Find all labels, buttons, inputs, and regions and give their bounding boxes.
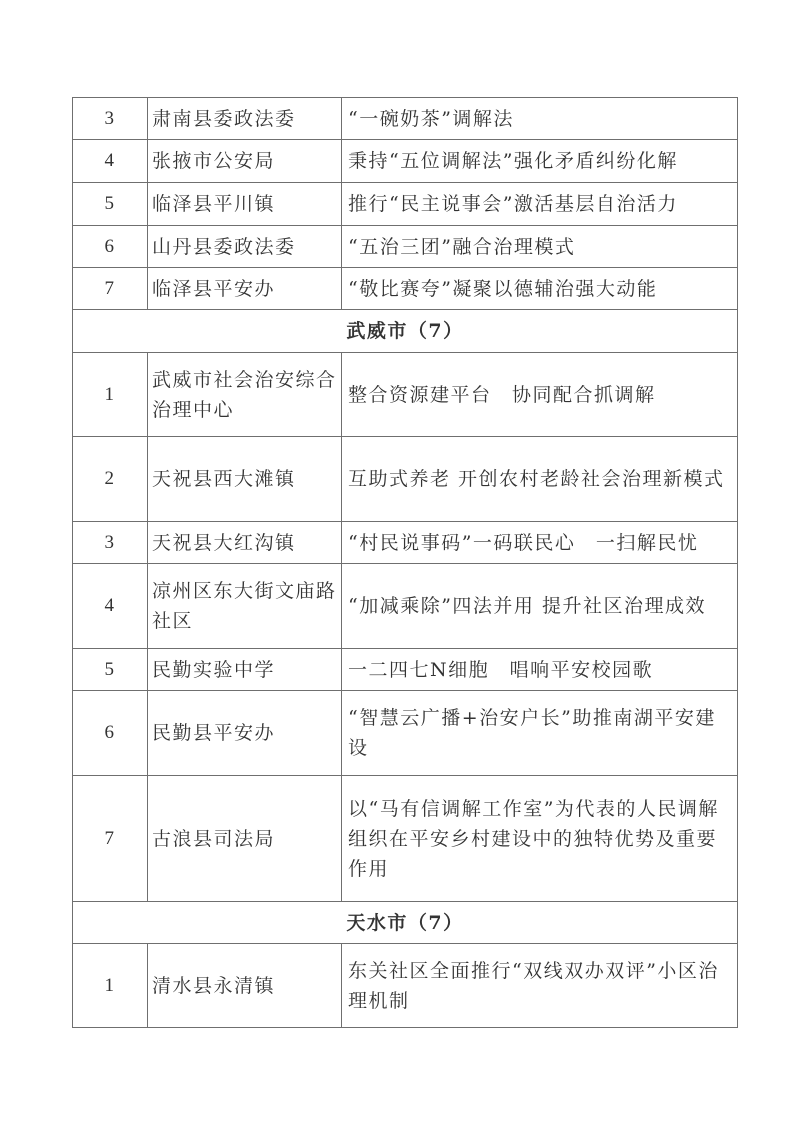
row-number: 3 bbox=[73, 98, 148, 140]
table-row: 4 张掖市公安局 秉持“五位调解法”强化矛盾纠纷化解 bbox=[73, 140, 738, 183]
row-number: 5 bbox=[73, 649, 148, 691]
row-number: 1 bbox=[73, 353, 148, 437]
section-heading-row: 天水市（7） bbox=[73, 902, 738, 944]
case-title: 秉持“五位调解法”强化矛盾纠纷化解 bbox=[342, 140, 738, 183]
unit-name: 张掖市公安局 bbox=[148, 140, 342, 183]
case-title: 互助式养老 开创农村老龄社会治理新模式 bbox=[342, 437, 738, 522]
table-row: 6 民勤县平安办 “智慧云广播+治安户长”助推南湖平安建设 bbox=[73, 691, 738, 776]
case-title: 以“马有信调解工作室”为代表的人民调解组织在平安乡村建设中的独特优势及重要作用 bbox=[342, 776, 738, 902]
case-title: 东关社区全面推行“双线双办双评”小区治理机制 bbox=[342, 944, 738, 1028]
case-title: “一碗奶茶”调解法 bbox=[342, 98, 738, 140]
table-row: 7 古浪县司法局 以“马有信调解工作室”为代表的人民调解组织在平安乡村建设中的独… bbox=[73, 776, 738, 902]
row-number: 4 bbox=[73, 564, 148, 649]
award-list-table: 3 肃南县委政法委 “一碗奶茶”调解法 4 张掖市公安局 秉持“五位调解法”强化… bbox=[72, 97, 738, 1028]
case-title: “村民说事码”一码联民心 一扫解民忧 bbox=[342, 522, 738, 564]
row-number: 1 bbox=[73, 944, 148, 1028]
table-row: 1 清水县永清镇 东关社区全面推行“双线双办双评”小区治理机制 bbox=[73, 944, 738, 1028]
row-number: 4 bbox=[73, 140, 148, 183]
section-heading-row: 武威市（7） bbox=[73, 310, 738, 353]
unit-name: 山丹县委政法委 bbox=[148, 226, 342, 268]
case-title: 推行“民主说事会”激活基层自治活力 bbox=[342, 183, 738, 226]
unit-name: 天祝县西大滩镇 bbox=[148, 437, 342, 522]
row-number: 6 bbox=[73, 226, 148, 268]
table-row: 4 凉州区东大街文庙路社区 “加减乘除”四法并用 提升社区治理成效 bbox=[73, 564, 738, 649]
unit-name: 凉州区东大街文庙路社区 bbox=[148, 564, 342, 649]
unit-name: 肃南县委政法委 bbox=[148, 98, 342, 140]
unit-name: 古浪县司法局 bbox=[148, 776, 342, 902]
section-heading: 武威市（7） bbox=[73, 310, 738, 353]
table-row: 6 山丹县委政法委 “五治三团”融合治理模式 bbox=[73, 226, 738, 268]
unit-name: 清水县永清镇 bbox=[148, 944, 342, 1028]
row-number: 5 bbox=[73, 183, 148, 226]
unit-name: 民勤实验中学 bbox=[148, 649, 342, 691]
table-row: 5 临泽县平川镇 推行“民主说事会”激活基层自治活力 bbox=[73, 183, 738, 226]
unit-name: 临泽县平川镇 bbox=[148, 183, 342, 226]
case-title: 整合资源建平台 协同配合抓调解 bbox=[342, 353, 738, 437]
row-number: 2 bbox=[73, 437, 148, 522]
case-title: “加减乘除”四法并用 提升社区治理成效 bbox=[342, 564, 738, 649]
case-title: “敬比赛夸”凝聚以德辅治强大动能 bbox=[342, 268, 738, 310]
case-title: 一二四七N细胞 唱响平安校园歌 bbox=[342, 649, 738, 691]
unit-name: 天祝县大红沟镇 bbox=[148, 522, 342, 564]
table-row: 3 天祝县大红沟镇 “村民说事码”一码联民心 一扫解民忧 bbox=[73, 522, 738, 564]
table-row: 3 肃南县委政法委 “一碗奶茶”调解法 bbox=[73, 98, 738, 140]
table-row: 1 武威市社会治安综合治理中心 整合资源建平台 协同配合抓调解 bbox=[73, 353, 738, 437]
row-number: 3 bbox=[73, 522, 148, 564]
table-row: 7 临泽县平安办 “敬比赛夸”凝聚以德辅治强大动能 bbox=[73, 268, 738, 310]
section-heading: 天水市（7） bbox=[73, 902, 738, 944]
row-number: 7 bbox=[73, 268, 148, 310]
table-row: 5 民勤实验中学 一二四七N细胞 唱响平安校园歌 bbox=[73, 649, 738, 691]
unit-name: 临泽县平安办 bbox=[148, 268, 342, 310]
table-row: 2 天祝县西大滩镇 互助式养老 开创农村老龄社会治理新模式 bbox=[73, 437, 738, 522]
unit-name: 武威市社会治安综合治理中心 bbox=[148, 353, 342, 437]
row-number: 7 bbox=[73, 776, 148, 902]
row-number: 6 bbox=[73, 691, 148, 776]
unit-name: 民勤县平安办 bbox=[148, 691, 342, 776]
case-title: “智慧云广播+治安户长”助推南湖平安建设 bbox=[342, 691, 738, 776]
case-title: “五治三团”融合治理模式 bbox=[342, 226, 738, 268]
